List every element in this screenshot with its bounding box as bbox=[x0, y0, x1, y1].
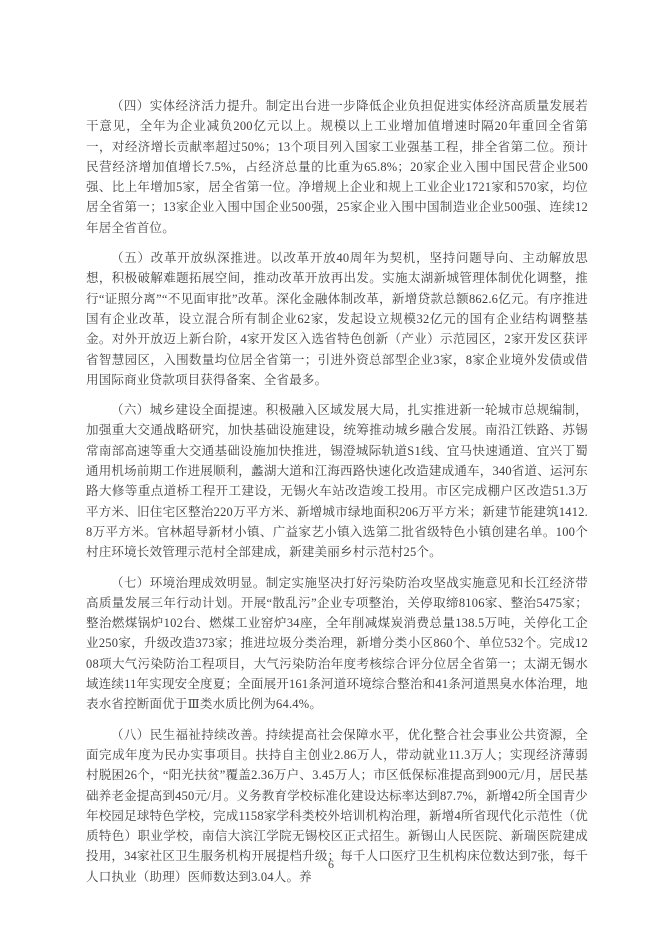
document-page: （四）实体经济活力提升。制定出台进一步降低企业负担促进实体经济高质量发展若干意见… bbox=[0, 0, 662, 936]
paragraph-section-7: （七）环境治理成效明显。制定实施坚决打好污染防治攻坚战实施意见和长江经济带高质量… bbox=[86, 573, 588, 715]
document-body: （四）实体经济活力提升。制定出台进一步降低企业负担促进实体经济高质量发展若干意见… bbox=[86, 96, 588, 897]
paragraph-section-5: （五）改革开放纵深推进。以改革开放40周年为契机，坚持问题导向、主动解放思想，积… bbox=[86, 248, 588, 390]
paragraph-section-6: （六）城乡建设全面提速。积极融入区域发展大局，扎实推进新一轮城市总规编制，加强重… bbox=[86, 400, 588, 562]
page-number: 6 bbox=[0, 857, 662, 872]
paragraph-section-4: （四）实体经济活力提升。制定出台进一步降低企业负担促进实体经济高质量发展若干意见… bbox=[86, 96, 588, 238]
